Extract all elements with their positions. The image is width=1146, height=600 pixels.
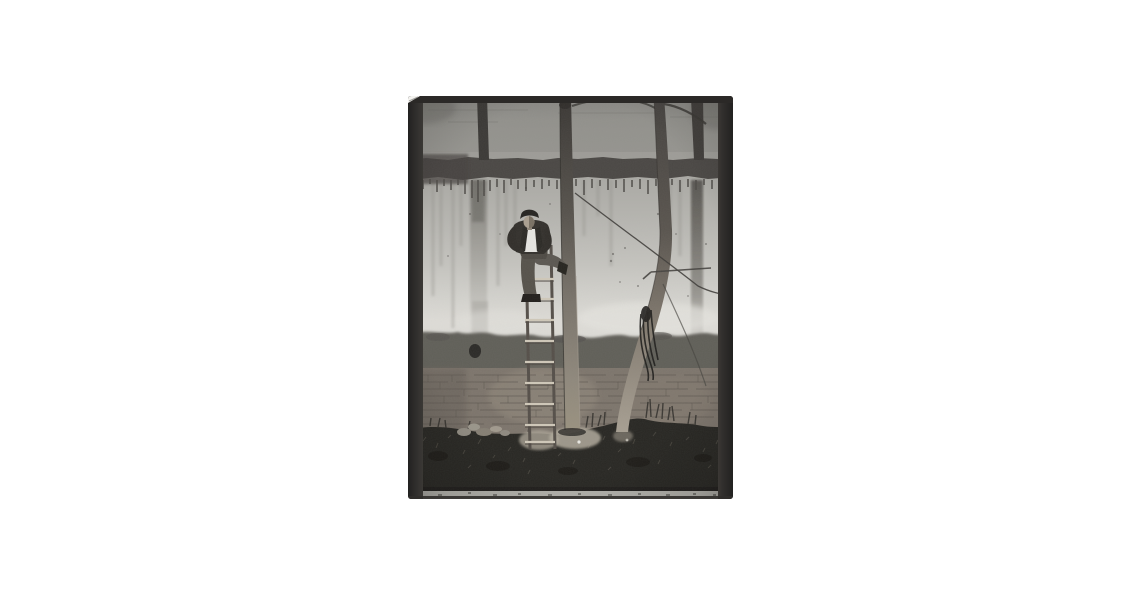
border-top (408, 96, 733, 103)
photograph-canvas (408, 96, 733, 499)
border-bottom (408, 496, 733, 499)
photograph (408, 96, 733, 499)
border-left (408, 96, 423, 499)
border-right (718, 96, 733, 499)
vignette (408, 96, 733, 499)
page: { "page": { "background": "#ffffff" }, "… (0, 0, 1146, 600)
